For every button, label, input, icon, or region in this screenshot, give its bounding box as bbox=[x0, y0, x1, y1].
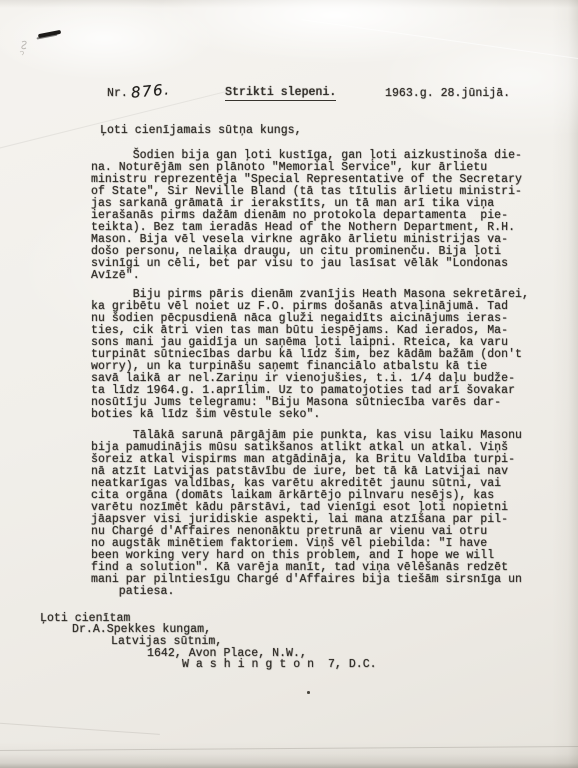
handwritten-pen-mark bbox=[38, 30, 61, 38]
reference-label: Nr. bbox=[107, 88, 128, 100]
classification-heading: Strikti slepeni. bbox=[225, 87, 336, 101]
paragraph-3: Tālākā sarunā pārgājām pie punkta, kas v… bbox=[91, 430, 522, 598]
paragraph-2: Biju pirms pāris dienām zvanījis Heath M… bbox=[91, 289, 529, 421]
pencil-scribble bbox=[16, 38, 34, 60]
salutation: Ļoti cienījamais sūtņa kungs, bbox=[100, 125, 302, 137]
stray-ink-dot bbox=[307, 691, 310, 694]
letter-date: 1963.g. 28.jūnijā. bbox=[385, 88, 510, 100]
paper-crease bbox=[0, 722, 160, 735]
scanned-letter-page: Nr. 876. Strikti slepeni. 1963.g. 28.jūn… bbox=[0, 0, 578, 768]
recipient-city: W a s h i n g t o n 7, D.C. bbox=[182, 659, 377, 671]
paper-crease bbox=[301, 19, 578, 62]
paragraph-1: Šodien bija gan ļoti kustīga, gan ļoti a… bbox=[91, 150, 522, 282]
paper-crease bbox=[0, 746, 578, 751]
reference-number-handwritten: 876. bbox=[130, 80, 171, 101]
